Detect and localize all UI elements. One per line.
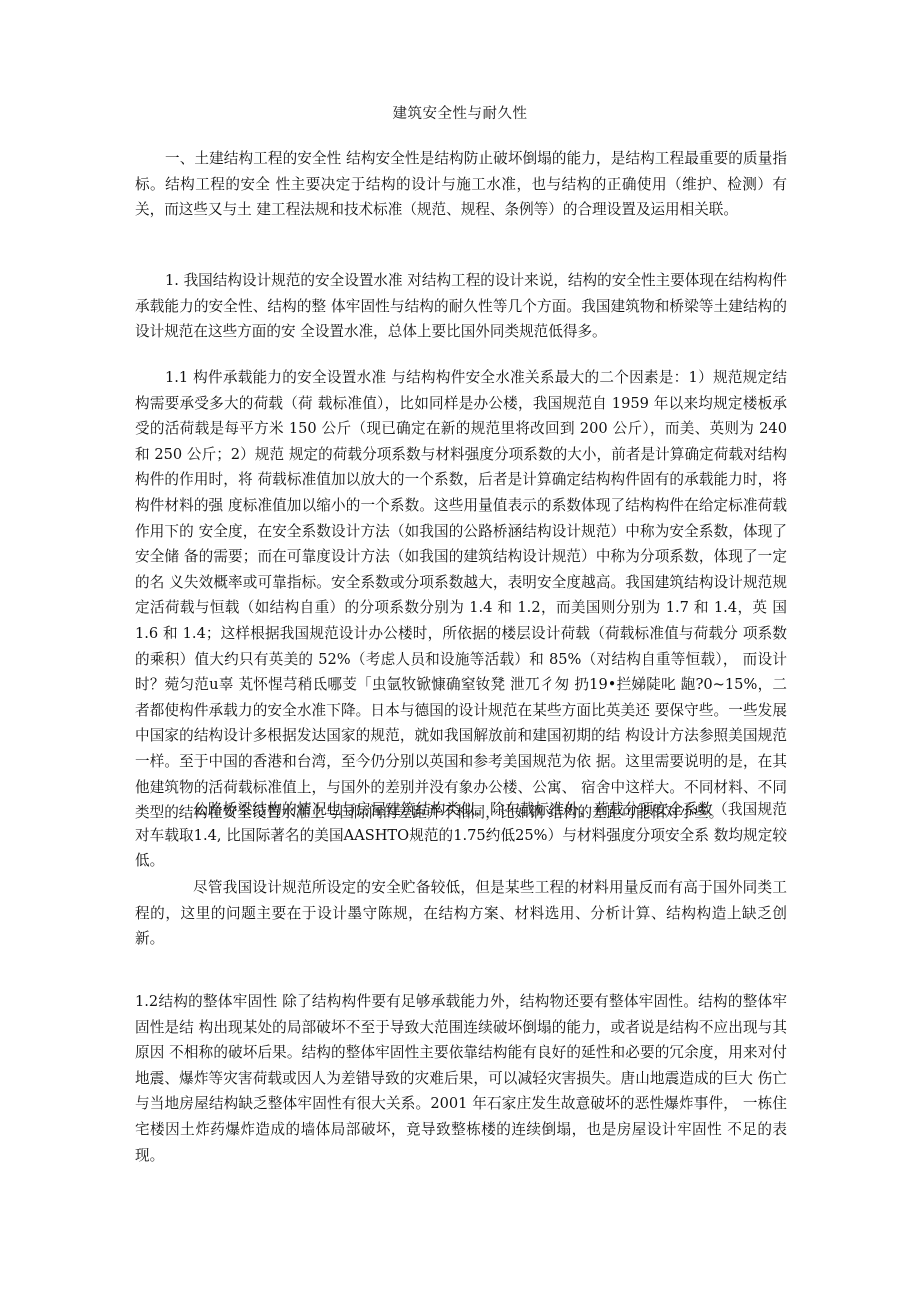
paragraph-highway-bridge: 公路桥梁结构的情况也与房屋建筑结构类似，除车载标准外，荷载分项安全系数（我国规范… <box>135 797 787 874</box>
paragraph-design-code-safety-level: 1. 我国结构设计规范的安全设置水准 对结构工程的设计来说，结构的安全性主要体现… <box>135 268 787 345</box>
paragraph-material-usage: 尽管我国设计规范所设定的安全贮备较低，但是某些工程的材料用量反而有高于国外同类工… <box>135 875 787 952</box>
paragraph-member-capacity-safety: 1.1 构件承载能力的安全设置水准 与结构构件安全水准关系最大的二个因素是：1）… <box>135 365 787 826</box>
paragraph-structural-integrity: 1.2结构的整体牢固性 除了结构构件要有足够承载能力外，结构物还要有整体牢固性。… <box>135 989 787 1168</box>
document-title: 建筑安全性与耐久性 <box>135 102 785 123</box>
paragraph-section-1-intro: 一、土建结构工程的安全性 结构安全性是结构防止破坏倒塌的能力，是结构工程最重要的… <box>135 146 787 223</box>
